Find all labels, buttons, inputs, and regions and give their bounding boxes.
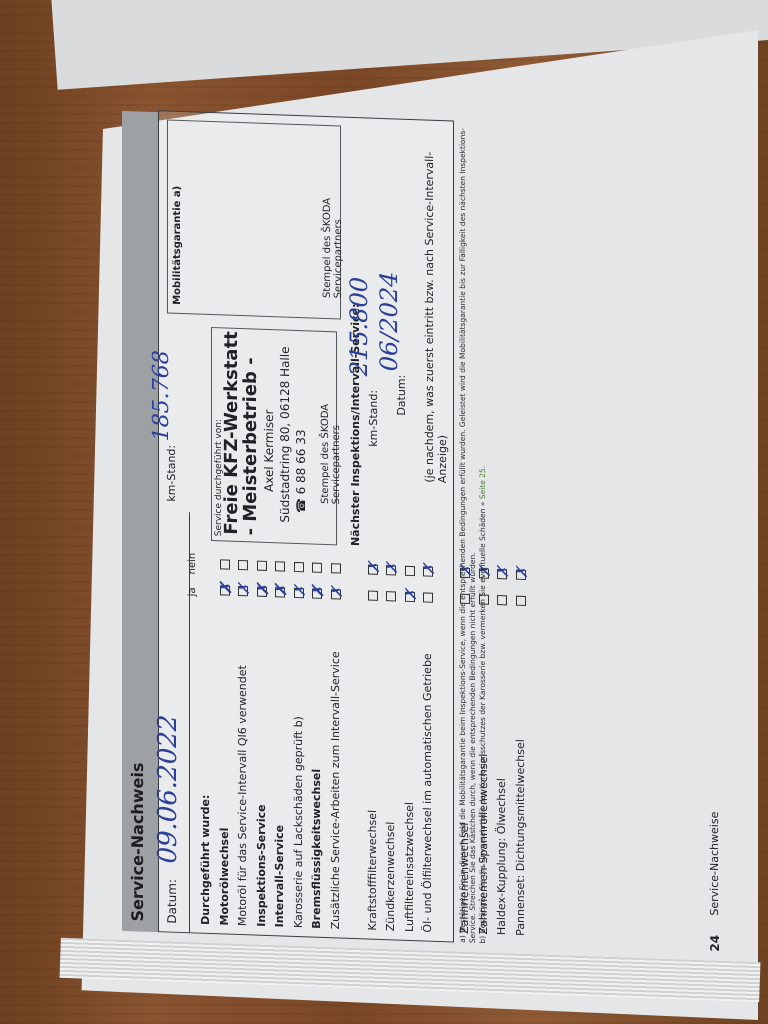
next-km-label: km-Stand: <box>367 390 380 447</box>
service-label: Zusätzliche Service-Arbeiten zum Interva… <box>327 611 346 930</box>
service-row: Karosserie auf Lackschäden geprüft b)✗ <box>290 608 309 929</box>
checkbox-nein[interactable]: ✗ <box>516 570 526 580</box>
checkbox-ja[interactable] <box>497 595 507 605</box>
service-row: Zusätzliche Service-Arbeiten zum Interva… <box>327 609 364 930</box>
next-date-label: Datum: <box>395 375 408 416</box>
section-label: Durchgeführt wurde: <box>197 605 216 926</box>
checkbox-nein[interactable] <box>257 561 267 571</box>
service-row: Öl- und Ölfilterwechsel im automatischen… <box>419 612 456 933</box>
service-label: Motorölwechsel <box>216 607 235 926</box>
check-mark-icon: ✗ <box>272 584 291 597</box>
workshop-address: Südstadtring 80, 06128 Halle <box>278 346 292 523</box>
check-mark-icon: ✗ <box>513 566 532 579</box>
service-row: Motoröl für das Service-Intervall QI6 ve… <box>234 606 253 927</box>
service-label: Kraftstofffilterwechsel <box>364 612 383 931</box>
stamp-footer: Stempel des ŠKODA Servicepartners <box>320 332 342 505</box>
service-row: Luftfiltereinsatzwechsel✗ <box>401 612 420 933</box>
km-value[interactable]: 185.768 <box>149 350 174 442</box>
check-mark-icon: ✗ <box>328 586 347 599</box>
workshop-name: Freie KFZ-Werkstatt - Meisterbetrieb - <box>222 331 260 536</box>
divider <box>189 512 190 932</box>
date-value[interactable]: 09.06.2022 <box>153 714 183 864</box>
checkbox-nein[interactable] <box>238 560 248 570</box>
footnote-a: a) Bestätigen Sie in diesem Feld die Mob… <box>458 123 478 944</box>
checkbox-ja[interactable]: ✗ <box>220 585 230 595</box>
check-mark-icon: ✗ <box>235 582 254 595</box>
workshop-owner: Axel Kermiser <box>262 409 276 492</box>
checkbox-ja[interactable] <box>386 591 396 601</box>
checkbox-nein[interactable] <box>405 566 415 576</box>
next-km-value[interactable]: 215.800 <box>345 276 373 376</box>
footnote-b-text: b) Bestätigen Sie die Unversehrtheit des… <box>478 501 487 943</box>
checkbox-ja[interactable]: ✗ <box>238 586 248 596</box>
checkbox-ja[interactable] <box>368 590 378 600</box>
checkbox-ja[interactable]: ✗ <box>294 588 304 598</box>
checkbox-nein[interactable]: ✗ <box>386 565 396 575</box>
service-label: Karosserie auf Lackschäden geprüft b) <box>290 610 309 929</box>
checkbox-nein[interactable]: ✗ <box>423 566 433 576</box>
service-row: Haldex-Kupplung: Ölwechsel✗ <box>493 615 512 936</box>
service-record-form: Datum: 09.06.2022 km-Stand: 185.768 ja n… <box>158 110 454 942</box>
page-number: 24 <box>708 935 722 952</box>
checkbox-nein[interactable] <box>220 559 230 569</box>
workshop-phone: ☎ 6 88 66 33 <box>294 429 308 513</box>
service-label: Motoröl für das Service-Intervall QI6 ve… <box>234 608 253 927</box>
service-row: Intervall-Service✗ <box>271 607 290 928</box>
workshop-name-line1: Freie KFZ-Werkstatt <box>222 331 241 535</box>
footnotes: a) Bestätigen Sie in diesem Feld die Mob… <box>458 123 488 944</box>
checkbox-nein[interactable]: ✗ <box>368 564 378 574</box>
checkbox-nein[interactable] <box>275 561 285 571</box>
footnote-b-link[interactable]: Seite 25. <box>478 466 487 500</box>
service-label: Intervall-Service <box>271 609 290 928</box>
page-title: Service-Nachweis <box>128 762 147 922</box>
column-nein: nein <box>187 553 198 575</box>
mobility-title: Mobilitätsgarantie a) <box>172 186 183 305</box>
check-mark-icon: ✗ <box>217 582 236 595</box>
check-mark-icon: ✗ <box>420 563 439 576</box>
service-record-page: Service-Nachweis Datum: 09.06.2022 km-St… <box>96 60 736 1012</box>
service-row: Pannenset: Dichtungsmittelwechsel✗ <box>512 616 531 937</box>
checkbox-nein[interactable] <box>331 563 341 573</box>
check-mark-icon: ✗ <box>494 565 513 578</box>
workshop-name-line2: - Meisterbetrieb - <box>241 332 260 536</box>
service-row: Bremsflüssigkeitswechsel✗ <box>308 608 327 929</box>
checkbox-nein[interactable]: ✗ <box>497 569 507 579</box>
mobility-stamp-footer: Stempel des ŠKODA Servicepartners <box>322 126 344 299</box>
check-mark-icon: ✗ <box>254 583 273 596</box>
service-row: Zündkerzenwechsel✗ <box>382 611 401 932</box>
page-section: Service-Nachweise <box>708 811 721 915</box>
service-label: Öl- und Ölfilterwechsel im automatischen… <box>419 614 438 933</box>
service-row: Inspektions-Service✗ <box>253 606 272 927</box>
next-date-value[interactable]: 06/2024 <box>375 271 403 372</box>
check-mark-icon: ✗ <box>383 561 402 574</box>
checkbox-ja[interactable] <box>516 596 526 606</box>
service-label: Zündkerzenwechsel <box>382 613 401 932</box>
checkbox-ja[interactable]: ✗ <box>312 589 322 599</box>
next-service-note: (je nachdem, was zuerst eintritt bzw. na… <box>423 128 449 483</box>
service-label: Bremsflüssigkeitswechsel <box>308 610 327 929</box>
km-label: km-Stand: <box>165 445 178 502</box>
mobility-guarantee-box: Mobilitätsgarantie a) Stempel des ŠKODA … <box>167 119 341 319</box>
service-label: Pannenset: Dichtungsmittelwechsel <box>512 618 531 937</box>
workshop-stamp-box: Service durchgeführt von: Freie KFZ-Werk… <box>211 327 337 545</box>
checkbox-nein[interactable] <box>294 562 304 572</box>
checkbox-ja[interactable]: ✗ <box>331 589 341 599</box>
service-label: Inspektions-Service <box>253 608 272 927</box>
date-row: Datum: 09.06.2022 <box>165 879 179 924</box>
checkbox-ja[interactable]: ✗ <box>275 587 285 597</box>
service-row: Kraftstofffilterwechsel✗ <box>364 610 383 931</box>
service-row: Motorölwechsel✗ <box>216 605 235 926</box>
footnote-b: b) Bestätigen Sie die Unversehrtheit des… <box>478 123 488 943</box>
checkbox-ja[interactable] <box>423 592 433 602</box>
check-mark-icon: ✗ <box>291 584 310 597</box>
check-mark-icon: ✗ <box>365 561 384 574</box>
checkbox-ja[interactable]: ✗ <box>405 592 415 602</box>
check-mark-icon: ✗ <box>309 585 328 598</box>
check-mark-icon: ✗ <box>402 588 421 601</box>
date-label: Datum: <box>165 879 179 924</box>
column-ja: ja <box>187 587 198 596</box>
checkbox-nein[interactable] <box>312 563 322 573</box>
service-label: Luftfiltereinsatzwechsel <box>401 614 420 933</box>
service-label: Haldex-Kupplung: Ölwechsel <box>493 617 512 936</box>
checkbox-ja[interactable]: ✗ <box>257 587 267 597</box>
